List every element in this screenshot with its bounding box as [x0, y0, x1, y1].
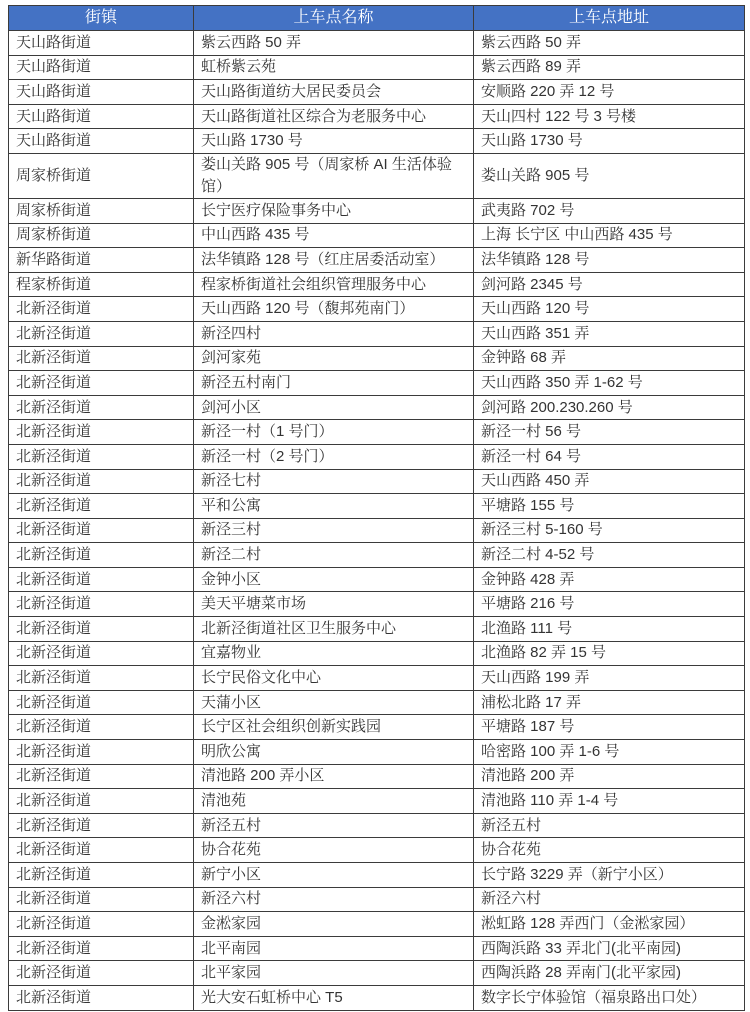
cell-stop-address: 上海 长宁区 中山西路 435 号: [474, 223, 745, 248]
header-district: 街镇: [9, 6, 194, 31]
document-page: 街镇 上车点名称 上车点地址 天山路街道紫云西路 50 弄紫云西路 50 弄天山…: [0, 0, 750, 1012]
cell-stop-name: 北平南园: [194, 936, 474, 961]
table-row: 北新泾街道新泾六村新泾六村: [9, 887, 745, 912]
cell-stop-name: 长宁民俗文化中心: [194, 666, 474, 691]
cell-stop-name: 长宁医疗保险事务中心: [194, 198, 474, 223]
cell-stop-address: 武夷路 702 号: [474, 198, 745, 223]
cell-stop-name: 新泾六村: [194, 887, 474, 912]
cell-stop-address: 平塘路 155 号: [474, 494, 745, 519]
cell-stop-name: 新泾一村（2 号门）: [194, 444, 474, 469]
table-row: 北新泾街道明欣公寓哈密路 100 弄 1-6 号: [9, 740, 745, 765]
cell-stop-name: 美天平塘菜市场: [194, 592, 474, 617]
cell-stop-address: 天山西路 450 弄: [474, 469, 745, 494]
table-row: 周家桥街道娄山关路 905 号（周家桥 AI 生活体验馆）娄山关路 905 号: [9, 153, 745, 198]
cell-stop-name: 程家桥街道社会组织管理服务中心: [194, 272, 474, 297]
cell-stop-address: 北渔路 111 号: [474, 617, 745, 642]
cell-stop-name: 新泾五村: [194, 813, 474, 838]
cell-stop-address: 天山路 1730 号: [474, 129, 745, 154]
cell-district: 北新泾街道: [9, 444, 194, 469]
cell-stop-address: 天山西路 120 号: [474, 297, 745, 322]
cell-district: 北新泾街道: [9, 518, 194, 543]
cell-district: 北新泾街道: [9, 543, 194, 568]
table-row: 北新泾街道清池路 200 弄小区清池路 200 弄: [9, 764, 745, 789]
cell-stop-address: 天山西路 351 弄: [474, 321, 745, 346]
cell-district: 北新泾街道: [9, 789, 194, 814]
cell-stop-address: 新泾五村: [474, 813, 745, 838]
table-row: 北新泾街道新泾七村天山西路 450 弄: [9, 469, 745, 494]
cell-stop-address: 协合花苑: [474, 838, 745, 863]
cell-district: 天山路街道: [9, 104, 194, 129]
cell-stop-name: 新泾四村: [194, 321, 474, 346]
table-row: 北新泾街道清池苑清池路 110 弄 1-4 号: [9, 789, 745, 814]
cell-stop-name: 平和公寓: [194, 494, 474, 519]
cell-district: 北新泾街道: [9, 297, 194, 322]
header-stop-name: 上车点名称: [194, 6, 474, 31]
cell-stop-address: 紫云西路 89 弄: [474, 55, 745, 80]
cell-district: 北新泾街道: [9, 813, 194, 838]
cell-district: 周家桥街道: [9, 223, 194, 248]
cell-stop-address: 新泾一村 64 号: [474, 444, 745, 469]
cell-district: 北新泾街道: [9, 666, 194, 691]
cell-stop-address: 新泾六村: [474, 887, 745, 912]
cell-stop-address: 天山四村 122 号 3 号楼: [474, 104, 745, 129]
cell-stop-name: 北新泾街道社区卫生服务中心: [194, 617, 474, 642]
cell-district: 天山路街道: [9, 31, 194, 56]
table-row: 周家桥街道长宁医疗保险事务中心武夷路 702 号: [9, 198, 745, 223]
cell-district: 天山路街道: [9, 55, 194, 80]
header-stop-address: 上车点地址: [474, 6, 745, 31]
table-row: 北新泾街道平和公寓平塘路 155 号: [9, 494, 745, 519]
cell-district: 北新泾街道: [9, 371, 194, 396]
table-row: 北新泾街道剑河小区剑河路 200.230.260 号: [9, 395, 745, 420]
cell-stop-address: 浦松北路 17 弄: [474, 690, 745, 715]
cell-stop-address: 剑河路 2345 号: [474, 272, 745, 297]
table-row: 北新泾街道新泾一村（2 号门）新泾一村 64 号: [9, 444, 745, 469]
cell-stop-address: 数字长宁体验馆（福泉路出口处）: [474, 985, 745, 1010]
cell-district: 北新泾街道: [9, 617, 194, 642]
table-row: 北新泾街道美天平塘菜市场平塘路 216 号: [9, 592, 745, 617]
cell-stop-address: 娄山关路 905 号: [474, 153, 745, 198]
cell-stop-address: 北渔路 82 弄 15 号: [474, 641, 745, 666]
cell-district: 天山路街道: [9, 129, 194, 154]
cell-district: 北新泾街道: [9, 961, 194, 986]
table-row: 天山路街道紫云西路 50 弄紫云西路 50 弄: [9, 31, 745, 56]
cell-district: 北新泾街道: [9, 887, 194, 912]
cell-stop-address: 哈密路 100 弄 1-6 号: [474, 740, 745, 765]
cell-stop-name: 天山路街道纺大居民委员会: [194, 80, 474, 105]
table-row: 北新泾街道剑河家苑金钟路 68 弄: [9, 346, 745, 371]
table-row: 北新泾街道新泾四村天山西路 351 弄: [9, 321, 745, 346]
cell-stop-address: 天山西路 199 弄: [474, 666, 745, 691]
header-row: 街镇 上车点名称 上车点地址: [9, 6, 745, 31]
cell-stop-address: 金钟路 68 弄: [474, 346, 745, 371]
cell-stop-name: 天山路 1730 号: [194, 129, 474, 154]
cell-district: 天山路街道: [9, 80, 194, 105]
cell-stop-name: 剑河家苑: [194, 346, 474, 371]
cell-stop-name: 新泾二村: [194, 543, 474, 568]
cell-stop-address: 法华镇路 128 号: [474, 248, 745, 273]
cell-stop-address: 平塘路 187 号: [474, 715, 745, 740]
cell-stop-name: 娄山关路 905 号（周家桥 AI 生活体验馆）: [194, 153, 474, 198]
cell-stop-address: 剑河路 200.230.260 号: [474, 395, 745, 420]
cell-stop-name: 法华镇路 128 号（红庄居委活动室）: [194, 248, 474, 273]
cell-district: 程家桥街道: [9, 272, 194, 297]
cell-district: 北新泾街道: [9, 764, 194, 789]
cell-stop-name: 天蒲小区: [194, 690, 474, 715]
cell-district: 北新泾街道: [9, 936, 194, 961]
cell-stop-name: 新泾一村（1 号门）: [194, 420, 474, 445]
cell-district: 北新泾街道: [9, 715, 194, 740]
cell-stop-address: 淞虹路 128 弄西门（金淞家园）: [474, 912, 745, 937]
cell-district: 北新泾街道: [9, 641, 194, 666]
cell-district: 北新泾街道: [9, 567, 194, 592]
cell-stop-address: 紫云西路 50 弄: [474, 31, 745, 56]
cell-district: 北新泾街道: [9, 346, 194, 371]
cell-district: 北新泾街道: [9, 494, 194, 519]
cell-stop-name: 虹桥紫云苑: [194, 55, 474, 80]
cell-stop-name: 紫云西路 50 弄: [194, 31, 474, 56]
table-row: 北新泾街道北平南园西陶浜路 33 弄北门(北平南园): [9, 936, 745, 961]
cell-district: 北新泾街道: [9, 321, 194, 346]
cell-district: 北新泾街道: [9, 395, 194, 420]
cell-stop-name: 天山路街道社区综合为老服务中心: [194, 104, 474, 129]
cell-stop-name: 明欣公寓: [194, 740, 474, 765]
table-row: 天山路街道天山路街道社区综合为老服务中心天山四村 122 号 3 号楼: [9, 104, 745, 129]
cell-stop-name: 北平家园: [194, 961, 474, 986]
cell-stop-address: 清池路 110 弄 1-4 号: [474, 789, 745, 814]
cell-stop-name: 金钟小区: [194, 567, 474, 592]
table-row: 北新泾街道新泾五村南门天山西路 350 弄 1-62 号: [9, 371, 745, 396]
cell-stop-address: 天山西路 350 弄 1-62 号: [474, 371, 745, 396]
cell-stop-name: 协合花苑: [194, 838, 474, 863]
table-row: 北新泾街道长宁区社会组织创新实践园平塘路 187 号: [9, 715, 745, 740]
cell-stop-name: 剑河小区: [194, 395, 474, 420]
table-row: 北新泾街道宜嘉物业北渔路 82 弄 15 号: [9, 641, 745, 666]
cell-stop-address: 金钟路 428 弄: [474, 567, 745, 592]
cell-district: 新华路街道: [9, 248, 194, 273]
table-row: 北新泾街道天山西路 120 号（馥邦苑南门）天山西路 120 号: [9, 297, 745, 322]
cell-stop-address: 长宁路 3229 弄（新宁小区）: [474, 863, 745, 888]
cell-stop-address: 新泾一村 56 号: [474, 420, 745, 445]
table-row: 北新泾街道金淞家园淞虹路 128 弄西门（金淞家园）: [9, 912, 745, 937]
cell-district: 北新泾街道: [9, 985, 194, 1010]
cell-stop-name: 天山西路 120 号（馥邦苑南门）: [194, 297, 474, 322]
cell-district: 北新泾街道: [9, 912, 194, 937]
cell-stop-name: 新泾三村: [194, 518, 474, 543]
cell-stop-name: 清池路 200 弄小区: [194, 764, 474, 789]
cell-stop-name: 中山西路 435 号: [194, 223, 474, 248]
cell-district: 北新泾街道: [9, 469, 194, 494]
cell-district: 北新泾街道: [9, 420, 194, 445]
table-row: 北新泾街道北平家园西陶浜路 28 弄南门(北平家园): [9, 961, 745, 986]
table-row: 北新泾街道北新泾街道社区卫生服务中心北渔路 111 号: [9, 617, 745, 642]
cell-stop-address: 西陶浜路 28 弄南门(北平家园): [474, 961, 745, 986]
table-row: 天山路街道天山路 1730 号天山路 1730 号: [9, 129, 745, 154]
cell-district: 周家桥街道: [9, 153, 194, 198]
cell-stop-name: 新泾七村: [194, 469, 474, 494]
cell-district: 北新泾街道: [9, 592, 194, 617]
cell-stop-name: 光大安石虹桥中心 T5: [194, 985, 474, 1010]
cell-stop-name: 清池苑: [194, 789, 474, 814]
table-row: 天山路街道天山路街道纺大居民委员会安顺路 220 弄 12 号: [9, 80, 745, 105]
cell-stop-name: 宜嘉物业: [194, 641, 474, 666]
table-row: 北新泾街道新泾一村（1 号门）新泾一村 56 号: [9, 420, 745, 445]
table-row: 北新泾街道新泾三村新泾三村 5-160 号: [9, 518, 745, 543]
table-row: 程家桥街道程家桥街道社会组织管理服务中心剑河路 2345 号: [9, 272, 745, 297]
cell-district: 北新泾街道: [9, 838, 194, 863]
table-row: 北新泾街道长宁民俗文化中心天山西路 199 弄: [9, 666, 745, 691]
table-header: 街镇 上车点名称 上车点地址: [9, 6, 745, 31]
cell-district: 北新泾街道: [9, 863, 194, 888]
table-body: 天山路街道紫云西路 50 弄紫云西路 50 弄天山路街道虹桥紫云苑紫云西路 89…: [9, 31, 745, 1011]
table-row: 北新泾街道光大安石虹桥中心 T5数字长宁体验馆（福泉路出口处）: [9, 985, 745, 1010]
table-row: 新华路街道法华镇路 128 号（红庄居委活动室）法华镇路 128 号: [9, 248, 745, 273]
table-row: 北新泾街道新泾五村新泾五村: [9, 813, 745, 838]
cell-stop-name: 长宁区社会组织创新实践园: [194, 715, 474, 740]
table-row: 北新泾街道金钟小区金钟路 428 弄: [9, 567, 745, 592]
table-row: 北新泾街道新泾二村新泾二村 4-52 号: [9, 543, 745, 568]
cell-district: 北新泾街道: [9, 740, 194, 765]
table-row: 北新泾街道协合花苑协合花苑: [9, 838, 745, 863]
cell-stop-address: 平塘路 216 号: [474, 592, 745, 617]
table-row: 北新泾街道新宁小区长宁路 3229 弄（新宁小区）: [9, 863, 745, 888]
cell-stop-address: 新泾二村 4-52 号: [474, 543, 745, 568]
cell-stop-name: 新宁小区: [194, 863, 474, 888]
cell-stop-address: 新泾三村 5-160 号: [474, 518, 745, 543]
cell-stop-address: 西陶浜路 33 弄北门(北平南园): [474, 936, 745, 961]
cell-stop-address: 安顺路 220 弄 12 号: [474, 80, 745, 105]
cell-stop-name: 金淞家园: [194, 912, 474, 937]
cell-district: 周家桥街道: [9, 198, 194, 223]
table-row: 周家桥街道中山西路 435 号上海 长宁区 中山西路 435 号: [9, 223, 745, 248]
cell-stop-name: 新泾五村南门: [194, 371, 474, 396]
cell-district: 北新泾街道: [9, 690, 194, 715]
boarding-points-table: 街镇 上车点名称 上车点地址 天山路街道紫云西路 50 弄紫云西路 50 弄天山…: [8, 5, 745, 1011]
cell-stop-address: 清池路 200 弄: [474, 764, 745, 789]
table-row: 北新泾街道天蒲小区浦松北路 17 弄: [9, 690, 745, 715]
table-row: 天山路街道虹桥紫云苑紫云西路 89 弄: [9, 55, 745, 80]
